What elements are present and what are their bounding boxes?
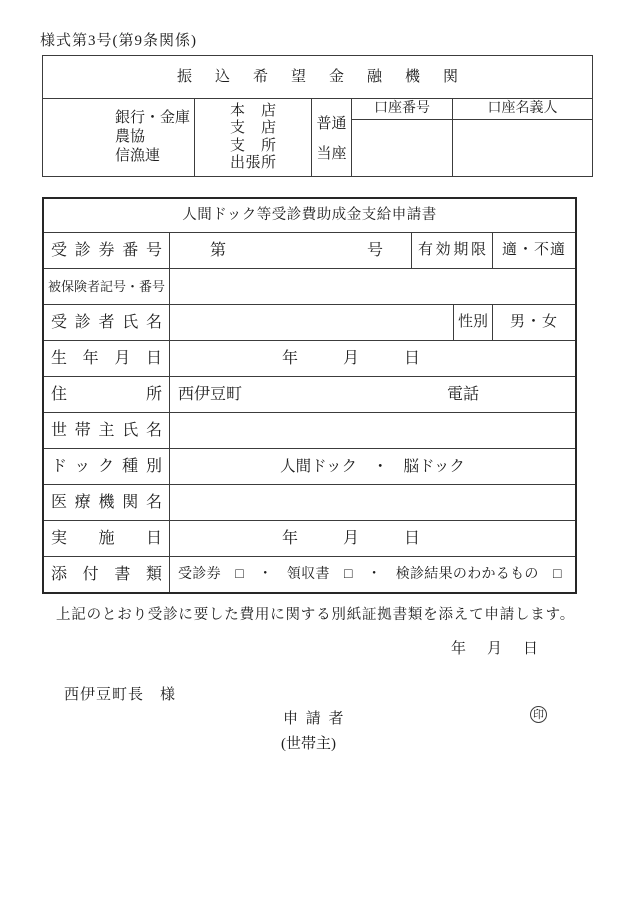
applicant-label: 申 請 者 (283, 707, 346, 728)
application-table-title: 人間ドック等受診費助成金支給申請書 (44, 199, 575, 233)
row-address: 住所 西伊豆町 電話 (44, 377, 575, 413)
bank-table-body-row: 銀行・金庫 農協 信漁連 本店 支店 支所 出張所 普通 当座 口座番号 口座名… (43, 99, 592, 176)
address-label: 住所 (44, 377, 170, 412)
exam-date-label: 実施日 (44, 521, 170, 556)
form-number: 様式第3号(第9条関係) (40, 29, 197, 50)
validity-label: 有効期限 (412, 233, 493, 268)
ticket-number-label: 受診券番号 (44, 233, 170, 268)
dock-type-label: ドック種別 (44, 449, 170, 484)
year-placeholder: 年 (282, 341, 298, 376)
row-exam-date: 実施日 年 月 日 (44, 521, 575, 557)
declaration-text: 上記のとおり受診に要した費用に関する別紙証拠書類を添えて申請します。 (56, 603, 575, 624)
ticket-number-prefix: 第 (210, 233, 226, 268)
account-number-header: 口座番号 (352, 99, 452, 120)
gender-label: 性別 (454, 305, 493, 340)
addressee-line: 西伊豆町長 様 (64, 683, 176, 704)
insured-number-label: 被保険者記号・番号 (44, 269, 170, 304)
row-householder-name: 世帯主氏名 (44, 413, 575, 449)
account-type-cell: 普通 当座 (312, 99, 352, 176)
row-dock-type: ドック種別 人間ドック ・ 脳ドック (44, 449, 575, 485)
row-birth-date: 生年月日 年 月 日 (44, 341, 575, 377)
year-placeholder: 年 (282, 521, 298, 556)
dock-type-options: 人間ドック ・ 脳ドック (170, 449, 575, 484)
branch-type-option: 本店 (230, 103, 276, 121)
bank-type-cell: 銀行・金庫 農協 信漁連 (43, 99, 195, 176)
account-number-blank-field (352, 120, 452, 176)
ticket-number-suffix: 号 (367, 233, 383, 268)
application-table: 人間ドック等受診費助成金支給申請書 受診券番号 第 号 有効期限 適・不適 被保… (42, 197, 577, 594)
account-holder-header: 口座名義人 (453, 99, 592, 120)
branch-type-option: 出張所 (230, 155, 276, 173)
exam-date-field: 年 月 日 (170, 521, 575, 556)
bank-type-option: 信漁連 (115, 147, 194, 166)
bank-table-title: 振込希望金融機関 (43, 56, 592, 99)
address-prefill: 西伊豆町 (178, 377, 242, 412)
row-medical-institution: 医療機関名 (44, 485, 575, 521)
year-placeholder: 年 (451, 637, 466, 658)
householder-name-blank-field (170, 413, 575, 448)
validity-value: 適・不適 (493, 233, 575, 268)
account-number-cell: 口座番号 (352, 99, 453, 176)
application-date-field: 年 月 日 (451, 637, 538, 658)
birth-date-field: 年 月 日 (170, 341, 575, 376)
branch-type-option: 支店 (230, 120, 276, 138)
bank-type-option: 農協 (115, 128, 194, 147)
account-type-option: 当座 (316, 142, 346, 163)
address-field: 西伊豆町 電話 (170, 377, 575, 412)
account-holder-cell: 口座名義人 (453, 99, 592, 176)
attachments-label: 添付書類 (44, 557, 170, 592)
month-placeholder: 月 (343, 521, 359, 556)
row-insured-number: 被保険者記号・番号 (44, 269, 575, 305)
bank-type-option: 銀行・金庫 (115, 109, 194, 128)
account-type-option: 普通 (316, 112, 346, 133)
medical-institution-blank-field (170, 485, 575, 520)
application-form-page: 様式第3号(第9条関係) 振込希望金融機関 銀行・金庫 農協 信漁連 本店 支店… (0, 0, 630, 903)
row-attachments: 添付書類 受診券 □ ・ 領収書 □ ・ 検診結果のわかるもの □ (44, 557, 575, 592)
branch-type-cell: 本店 支店 支所 出張所 (195, 99, 312, 176)
bank-transfer-table: 振込希望金融機関 銀行・金庫 農協 信漁連 本店 支店 支所 出張所 普通 当座… (42, 55, 593, 177)
account-holder-blank-field (453, 120, 592, 176)
applicant-sub-label: (世帯主) (281, 732, 336, 753)
householder-name-label: 世帯主氏名 (44, 413, 170, 448)
phone-label: 電話 (447, 377, 479, 412)
birth-date-label: 生年月日 (44, 341, 170, 376)
attachments-checkbox-list: 受診券 □ ・ 領収書 □ ・ 検診結果のわかるもの □ (170, 557, 575, 592)
ticket-number-field: 第 号 (170, 233, 412, 268)
examinee-name-label: 受診者氏名 (44, 305, 170, 340)
month-placeholder: 月 (487, 637, 502, 658)
seal-mark-icon: 印 (530, 706, 547, 723)
examinee-name-blank-field (170, 305, 454, 340)
insured-number-blank-field (170, 269, 575, 304)
gender-value: 男・女 (493, 305, 575, 340)
row-ticket-number: 受診券番号 第 号 有効期限 適・不適 (44, 233, 575, 269)
branch-type-option: 支所 (230, 138, 276, 156)
day-placeholder: 日 (404, 521, 420, 556)
day-placeholder: 日 (523, 637, 538, 658)
day-placeholder: 日 (404, 341, 420, 376)
month-placeholder: 月 (343, 341, 359, 376)
row-examinee-name: 受診者氏名 性別 男・女 (44, 305, 575, 341)
medical-institution-label: 医療機関名 (44, 485, 170, 520)
